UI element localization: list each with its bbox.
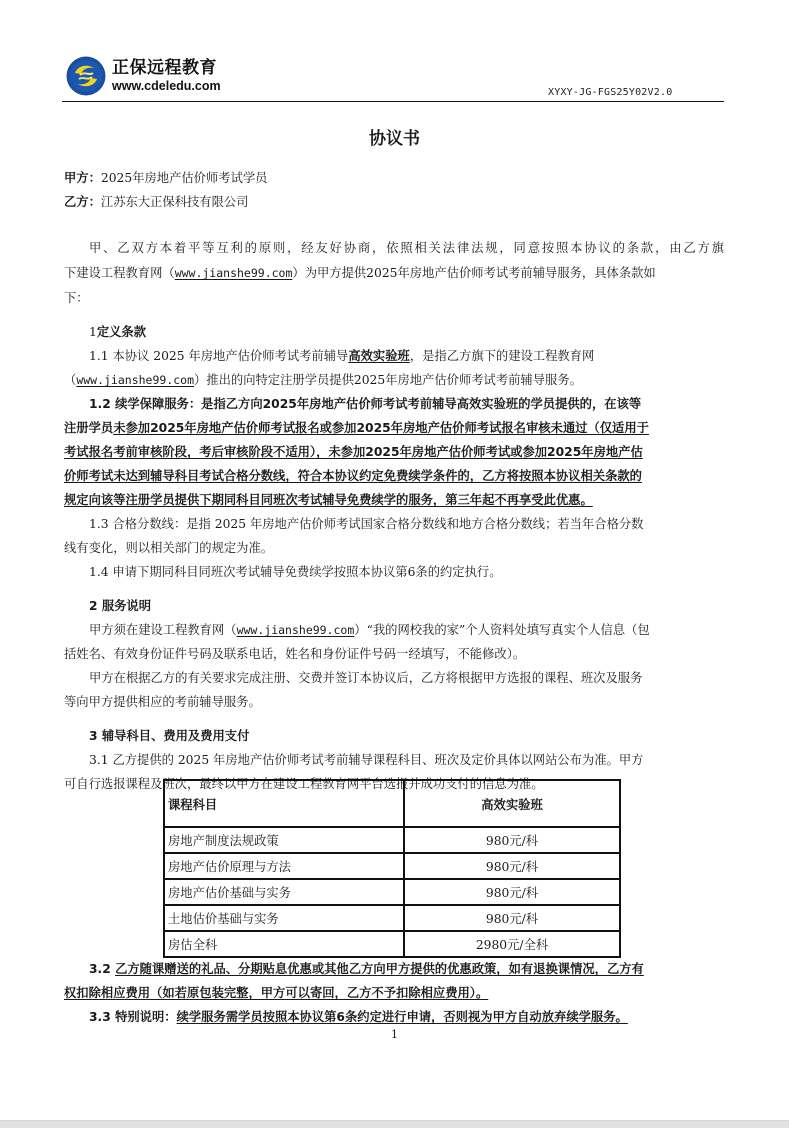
clause-3-2-line-1: 3.2 乙方随课赠送的礼品、分期贴息优惠或其他乙方向甲方提供的优惠政策，如有退换… bbox=[89, 961, 749, 977]
clause-1-1-line-1: 1.1 本协议 2025 年房地产估价师考试考前辅导高效实验班，是指乙方旗下的建… bbox=[89, 348, 724, 364]
column-header-class: 高效实验班 bbox=[404, 780, 620, 827]
clause-1-3-line-1: 1.3 合格分数线：是指 2025 年房地产估价师考试国家合格分数线和地方合格分… bbox=[89, 516, 749, 532]
table-row: 房地产估价原理与方法 980元/科 bbox=[164, 853, 620, 879]
course-name: 房地产估价基础与实务 bbox=[164, 879, 404, 905]
clause-label: 3.3 特别说明： bbox=[89, 1010, 177, 1024]
table-row: 土地估价基础与实务 980元/科 bbox=[164, 905, 620, 931]
clause-1-2-line-5: 规定向该等注册学员提供下期同科目同班次考试辅导免费续学的服务，第三年起不再享受此… bbox=[64, 492, 724, 508]
jianshe99-link[interactable]: www.jianshe99.com bbox=[237, 623, 355, 637]
section-title: 定义条款 bbox=[97, 325, 146, 339]
table-row: 房地产制度法规政策 980元/科 bbox=[164, 827, 620, 853]
column-header-course: 课程科目 bbox=[164, 780, 404, 827]
section-2-heading: 2 服务说明 bbox=[89, 598, 749, 614]
clause-text: ）“我的网校我的家”个人资料处填写真实个人信息（包 bbox=[354, 623, 649, 637]
table-row: 房地产估价基础与实务 980元/科 bbox=[164, 879, 620, 905]
course-price: 980元/科 bbox=[404, 879, 620, 905]
clause-text: 甲方须在建设工程教育网（ bbox=[89, 623, 237, 637]
intro-line-2: 下建设工程教育网（www.jianshe99.com）为甲方提供2025年房地产… bbox=[64, 265, 724, 281]
party-b-value: 江苏东大正保科技有限公司 bbox=[101, 195, 249, 209]
intro-line-3: 下： bbox=[64, 290, 724, 306]
document-page: 正保远程教育 www.cdeledu.com XYXY-JG-FGS25Y02V… bbox=[0, 0, 789, 1118]
course-price: 980元/科 bbox=[404, 905, 620, 931]
section-1-heading: 1定义条款 bbox=[89, 324, 749, 340]
clause-1-1-line-2: （www.jianshe99.com）推出的向特定注册学员提供2025年房地产估… bbox=[64, 372, 724, 388]
course-name: 房地产估价原理与方法 bbox=[164, 853, 404, 879]
table-row: 房估全科 2980元/全科 bbox=[164, 931, 620, 957]
clause-text: ，是指乙方旗下的建设工程教育网 bbox=[410, 349, 594, 363]
course-price: 980元/科 bbox=[404, 853, 620, 879]
clause-text-underlined: 续学服务需学员按照本协议第6条约定进行申请，否则视为甲方自动放弃续学服务。 bbox=[177, 1010, 628, 1024]
jianshe99-link[interactable]: www.jianshe99.com bbox=[76, 373, 194, 387]
intro-text: 下建设工程教育网（ bbox=[64, 266, 175, 280]
clause-text: ）推出的向特定注册学员提供2025年房地产估价师考试考前辅导服务。 bbox=[194, 373, 582, 387]
course-name: 土地估价基础与实务 bbox=[164, 905, 404, 931]
class-name-highlight: 高效实验班 bbox=[348, 349, 410, 363]
section-2-para-1-line-1: 甲方须在建设工程教育网（www.jianshe99.com）“我的网校我的家”个… bbox=[89, 622, 749, 638]
viewer-bottom-edge bbox=[0, 1120, 789, 1128]
clause-1-2-line-2: 注册学员未参加2025年房地产估价师考试报名或参加2025年房地产估价师考试报名… bbox=[64, 420, 724, 436]
party-a: 甲方：2025年房地产估价师考试学员 bbox=[64, 170, 724, 186]
page-number: 1 bbox=[0, 1028, 789, 1041]
cdeledu-logo-icon bbox=[66, 56, 106, 96]
section-2-para-1-line-2: 括姓名、有效身份证件号码及联系电话，姓名和身份证件号码一经填写，不能修改）。 bbox=[64, 646, 724, 662]
course-price: 980元/科 bbox=[404, 827, 620, 853]
course-name: 房地产制度法规政策 bbox=[164, 827, 404, 853]
clause-1-2-line-3: 考试报名考前审核阶段，考后审核阶段不适用），未参加2025年房地产估价师考试或参… bbox=[64, 444, 724, 460]
price-table: 课程科目 高效实验班 房地产制度法规政策 980元/科 房地产估价原理与方法 9… bbox=[163, 779, 621, 958]
section-2-para-2-line-2: 等向甲方提供相应的考前辅导服务。 bbox=[64, 694, 724, 710]
brand-url: www.cdeledu.com bbox=[112, 79, 221, 94]
clause-text: （ bbox=[64, 373, 76, 387]
clause-text: 注册学员 bbox=[64, 421, 113, 435]
clause-1-4: 1.4 申请下期同科目同班次考试辅导免费续学按照本协议第6条的约定执行。 bbox=[89, 564, 749, 580]
intro-line-1: 甲、乙双方本着平等互利的原则，经友好协商，依照相关法律法规，同意按照本协议的条款… bbox=[89, 240, 724, 256]
header-divider bbox=[62, 101, 724, 102]
section-3-heading: 3 辅导科目、费用及费用支付 bbox=[89, 728, 749, 744]
clause-3-2-line-2: 权扣除相应费用（如若原包装完整，甲方可以寄回，乙方不予扣除相应费用）。 bbox=[64, 985, 724, 1001]
intro-text: ）为甲方提供2025年房地产估价师考试考前辅导服务，具体条款如 bbox=[292, 266, 655, 280]
brand-name: 正保远程教育 bbox=[112, 58, 217, 78]
clause-text-underlined: 未参加2025年房地产估价师考试报名或参加2025年房地产估价师考试报名审核未通… bbox=[113, 421, 649, 435]
clause-text-underlined: 乙方随课赠送的礼品、分期贴息优惠或其他乙方向甲方提供的优惠政策，如有退换课情况，… bbox=[115, 962, 644, 976]
section-2-para-2-line-1: 甲方在根据乙方的有关要求完成注册、交费并签订本协议后，乙方将根据甲方选报的课程、… bbox=[89, 670, 749, 686]
course-name: 房估全科 bbox=[164, 931, 404, 957]
party-b: 乙方：江苏东大正保科技有限公司 bbox=[64, 194, 724, 210]
clause-3-3: 3.3 特别说明：续学服务需学员按照本协议第6条约定进行申请，否则视为甲方自动放… bbox=[89, 1009, 749, 1025]
party-b-label: 乙方： bbox=[64, 195, 101, 209]
clause-number: 3.2 bbox=[89, 962, 115, 976]
jianshe99-link[interactable]: www.jianshe99.com bbox=[175, 266, 293, 280]
section-number: 1 bbox=[89, 325, 97, 339]
clause-1-3-line-2: 线有变化，则以相关部门的规定为准。 bbox=[64, 540, 724, 556]
table-header-row: 课程科目 高效实验班 bbox=[164, 780, 620, 827]
clause-1-2-line-4: 价师考试未达到辅导科目考试合格分数线，符合本协议约定免费续学条件的，乙方将按照本… bbox=[64, 468, 724, 484]
clause-1-2-line-1: 1.2 续学保障服务：是指乙方向2025年房地产估价师考试考前辅导高效实验班的学… bbox=[89, 396, 749, 412]
party-a-label: 甲方： bbox=[64, 171, 101, 185]
course-price: 2980元/全科 bbox=[404, 931, 620, 957]
page-title: 协议书 bbox=[0, 124, 789, 149]
clause-3-1-line-1: 3.1 乙方提供的 2025 年房地产估价师考试考前辅导课程科目、班次及定价具体… bbox=[89, 752, 749, 768]
clause-text: 1.1 本协议 2025 年房地产估价师考试考前辅导 bbox=[89, 349, 348, 363]
party-a-value: 2025年房地产估价师考试学员 bbox=[101, 171, 268, 185]
document-code: XYXY-JG-FGS25Y02V2.0 bbox=[548, 87, 672, 98]
